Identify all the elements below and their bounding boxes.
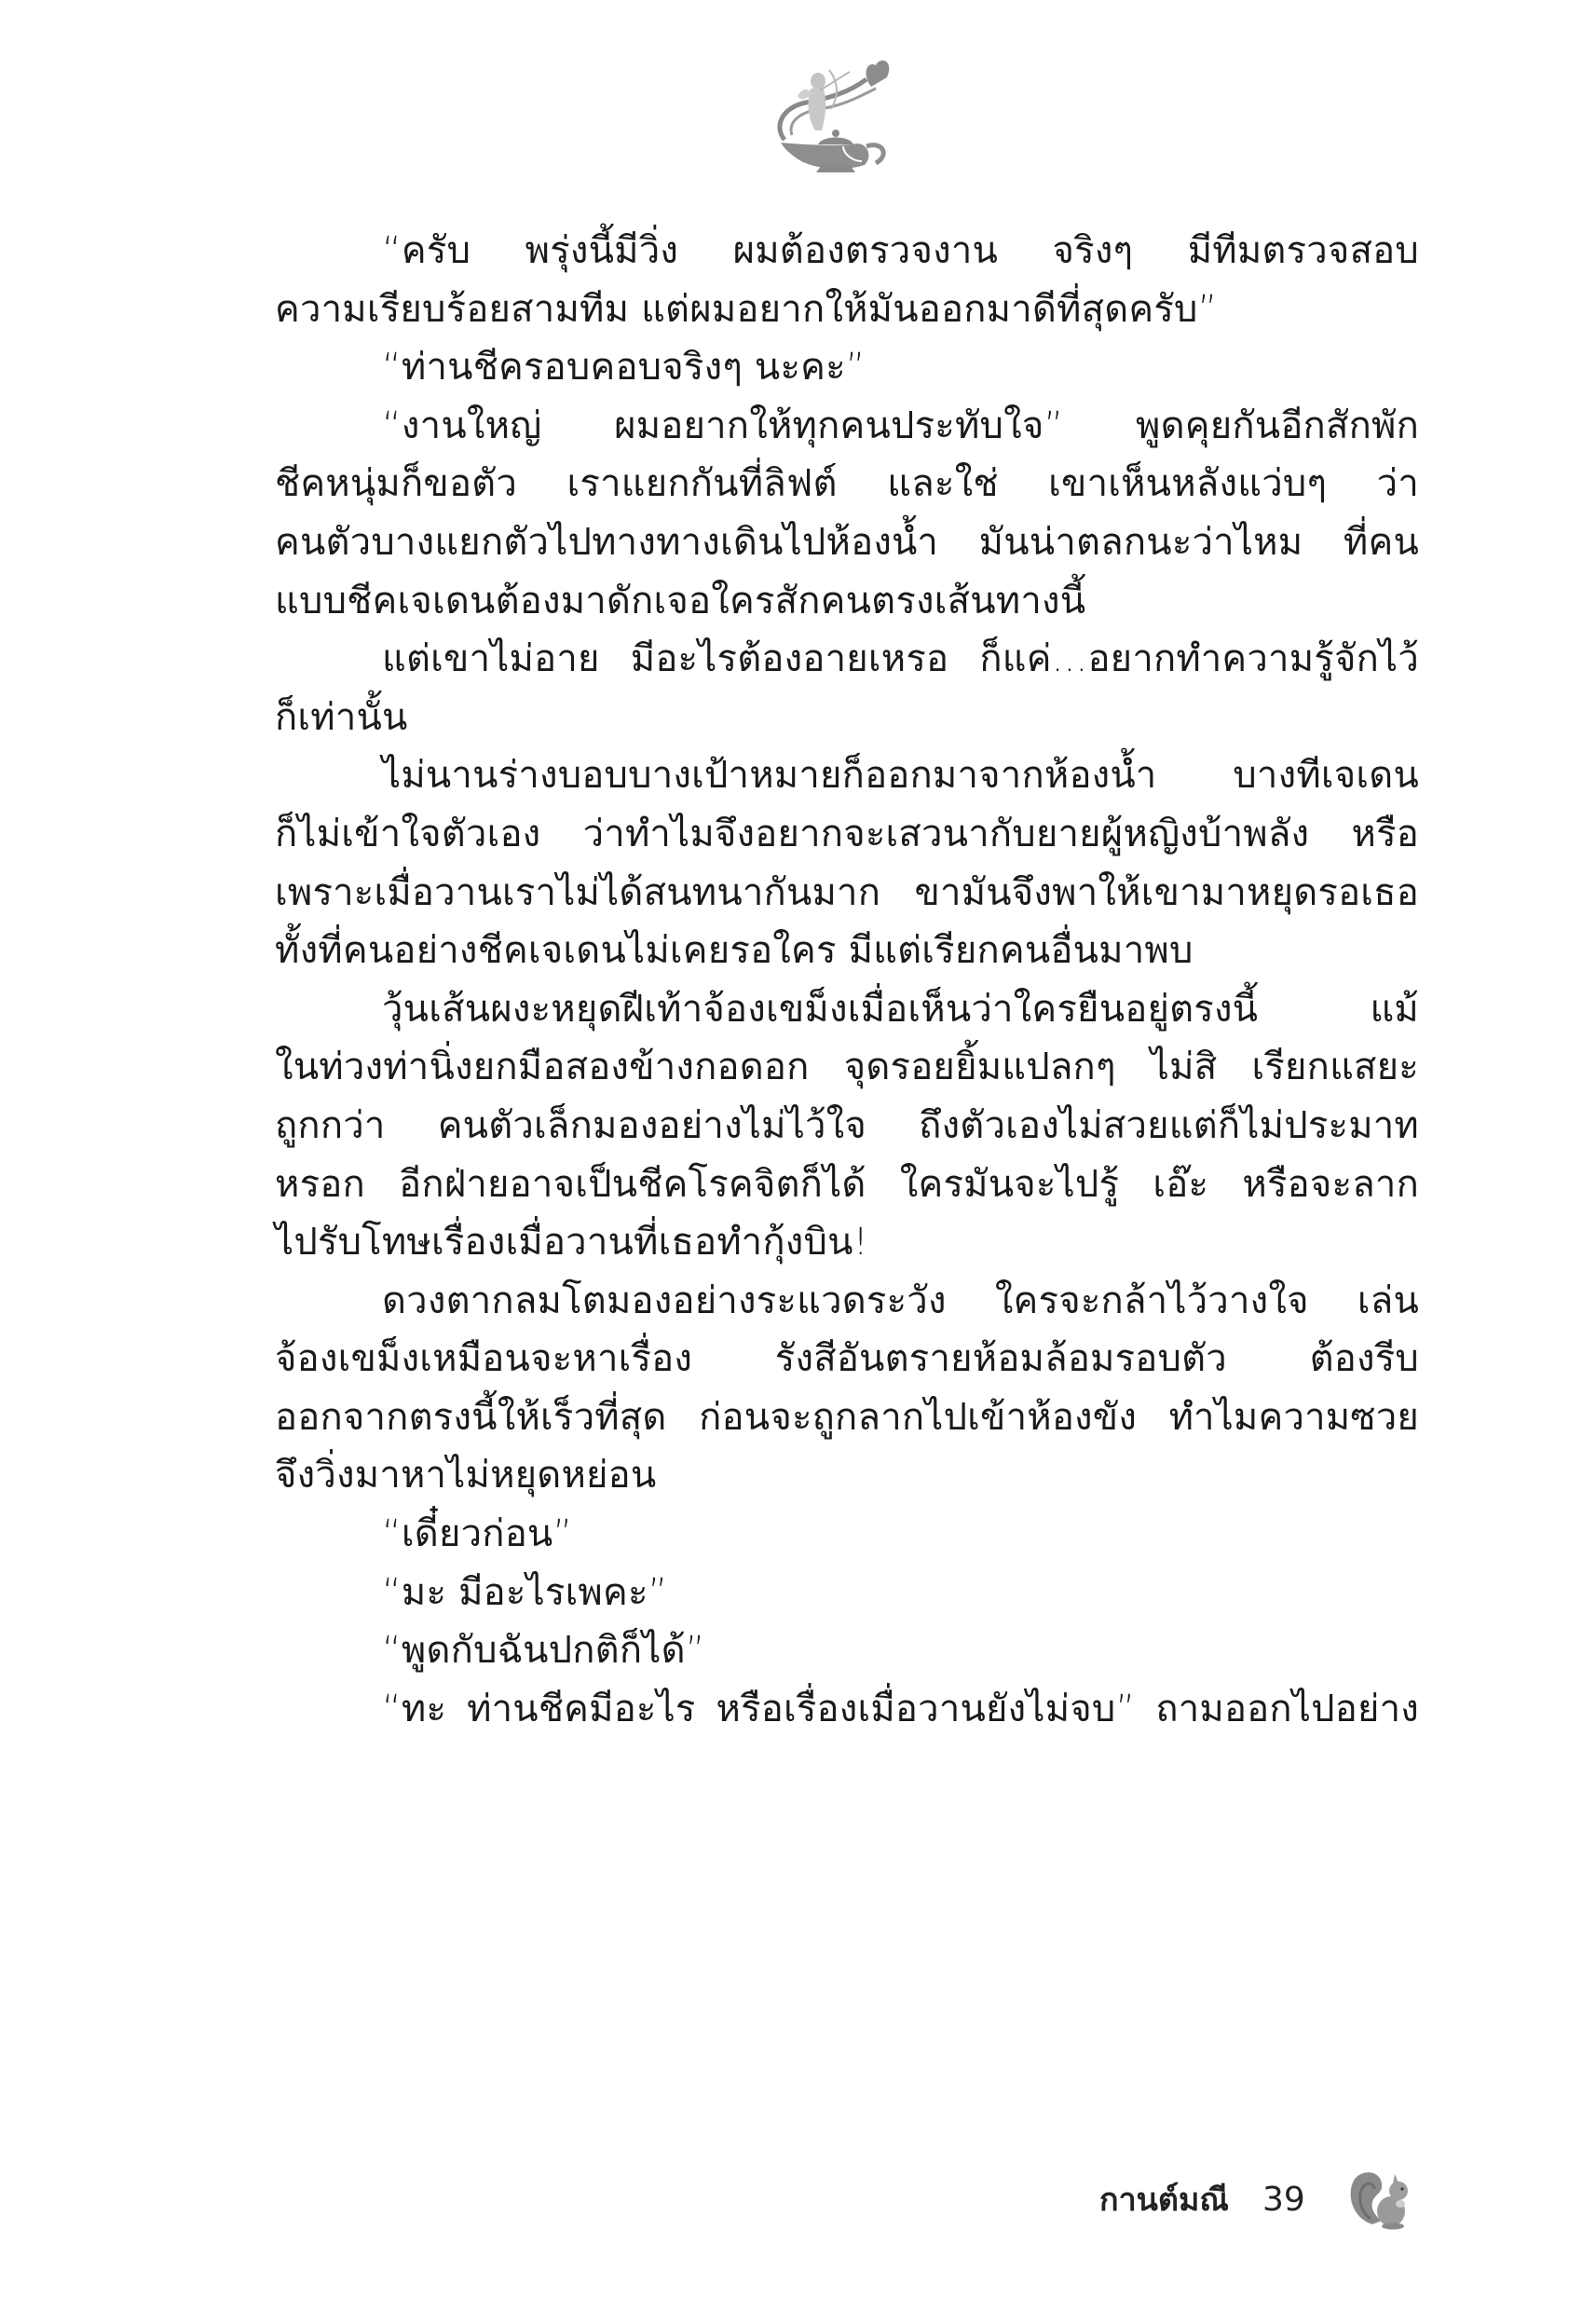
text-line: ก็ไม่เข้าใจตัวเอง ว่าทำไมจึงอยากจะเสวนาก…: [275, 805, 1419, 864]
text-line: ในท่วงท่านิ่งยกมือสองข้างกอดอก จุดรอยยิ้…: [275, 1038, 1419, 1097]
page-footer: กานต์มณี 39: [1099, 2171, 1419, 2227]
text-line: “ทะ ท่านชีคมีอะไร หรือเรื่องเมื่อวานยังไ…: [275, 1680, 1419, 1739]
text-line: “งานใหญ่ ผมอยากให้ทุกคนประทับใจ” พูดคุยก…: [275, 397, 1419, 456]
text-line: “ครับ พรุ่งนี้มีวิ่ง ผมต้องตรวจงาน จริงๆ…: [275, 222, 1419, 280]
book-title: กานต์มณี: [1099, 2174, 1229, 2224]
text-line: เพราะเมื่อวานเราไม่ได้สนทนากันมาก ขามันจ…: [275, 864, 1419, 923]
text-line: ดวงตากลมโตมองอย่างระแวดระวัง ใครจะกล้าไว…: [275, 1272, 1419, 1331]
text-line: แต่เขาไม่อาย มีอะไรต้องอายเหรอ ก็แค่...อ…: [275, 630, 1419, 689]
page-number: 39: [1262, 2181, 1305, 2219]
text-line: แบบชีคเจเดนต้องมาดักเจอใครสักคนตรงเส้นทา…: [275, 572, 1419, 631]
cupid-teapot-lamp-icon: [764, 51, 904, 172]
text-line: “ท่านชีครอบคอบจริงๆ นะคะ”: [275, 338, 1419, 397]
page-body: “ครับ พรุ่งนี้มีวิ่ง ผมต้องตรวจงาน จริงๆ…: [275, 222, 1419, 1738]
text-line: ก็เท่านั้น: [275, 689, 1419, 747]
text-line: ความเรียบร้อยสามทีม แต่ผมอยากให้มันออกมา…: [275, 280, 1419, 339]
text-line: ทั้งที่คนอย่างชีคเจเดนไม่เคยรอใคร มีแต่เ…: [275, 922, 1419, 980]
text-line: ถูกกว่า คนตัวเล็กมองอย่างไม่ไว้ใจ ถึงตัว…: [275, 1097, 1419, 1155]
text-line: หรอก อีกฝ่ายอาจเป็นชีคโรคจิตก็ได้ ใครมัน…: [275, 1155, 1419, 1214]
text-line: คนตัวบางแยกตัวไปทางทางเดินไปห้องน้ำ มันน…: [275, 513, 1419, 572]
text-line: ชีคหนุ่มก็ขอตัว เราแยกกันที่ลิฟต์ และใช่…: [275, 455, 1419, 513]
text-line: ไม่นานร่างบอบบางเป้าหมายก็ออกมาจากห้องน้…: [275, 746, 1419, 805]
text-line: “มะ มีอะไรเพคะ”: [275, 1564, 1419, 1622]
text-line: ไปรับโทษเรื่องเมื่อวานที่เธอทำกุ้งบิน!: [275, 1213, 1419, 1272]
text-line: จ้องเขม็งเหมือนจะหาเรื่อง รังสีอันตรายห้…: [275, 1330, 1419, 1388]
text-line: “พูดกับฉันปกติก็ได้”: [275, 1621, 1419, 1680]
text-line: “เดี๋ยวก่อน”: [275, 1505, 1419, 1564]
text-line: จึงวิ่งมาหาไม่หยุดหย่อน: [275, 1446, 1419, 1505]
text-line: ออกจากตรงนี้ให้เร็วที่สุด ก่อนจะถูกลากไป…: [275, 1388, 1419, 1447]
squirrel-icon: [1344, 2167, 1419, 2232]
text-line: วุ้นเส้นผงะหยุดฝีเท้าจ้องเขม็งเมื่อเห็นว…: [275, 980, 1419, 1039]
